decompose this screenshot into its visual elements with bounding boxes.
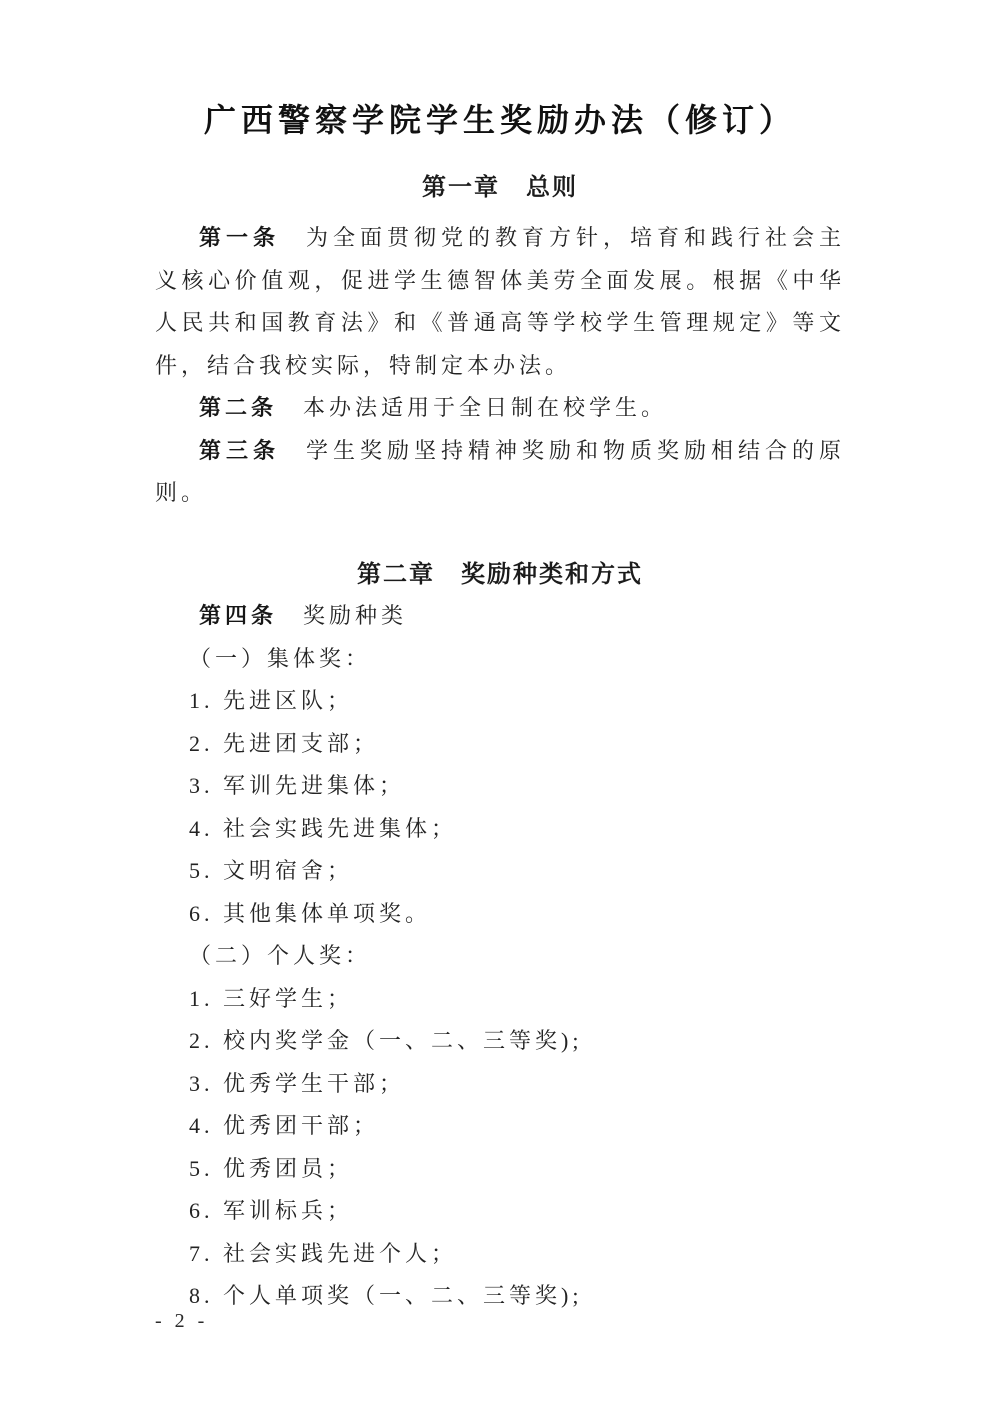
article-3-label: 第三条 (199, 438, 280, 463)
individual-award-group-label: （二）个人奖： (155, 935, 845, 978)
collective-award-item: 1. 先进区队； (155, 680, 845, 723)
individual-award-item: 4. 优秀团干部； (155, 1105, 845, 1148)
article-4-label: 第四条 (199, 603, 277, 628)
collective-award-item: 4. 社会实践先进集体； (155, 808, 845, 851)
individual-award-item: 7. 社会实践先进个人； (155, 1233, 845, 1276)
collective-award-item: 5. 文明宿舍； (155, 850, 845, 893)
collective-award-group-label: （一）集体奖： (155, 638, 845, 681)
article-1-label: 第一条 (199, 225, 280, 250)
collective-award-item: 3. 军训先进集体； (155, 765, 845, 808)
article-1-paragraph: 第一条为全面贯彻党的教育方针，培育和践行社会主义核心价值观，促进学生德智体美劳全… (155, 217, 845, 387)
individual-award-item: 3. 优秀学生干部； (155, 1063, 845, 1106)
document-content: 广西警察学院学生奖励办法（修订） 第一章 总则 第一条为全面贯彻党的教育方针，培… (155, 0, 845, 1318)
document-title: 广西警察学院学生奖励办法（修订） (155, 100, 845, 142)
individual-award-item: 2. 校内奖学金（一、二、三等奖); (155, 1020, 845, 1063)
article-4-paragraph: 第四条奖励种类 (155, 595, 845, 638)
individual-award-item: 5. 优秀团员； (155, 1148, 845, 1191)
collective-award-item: 2. 先进团支部； (155, 723, 845, 766)
chapter-2-heading: 第二章 奖励种类和方式 (155, 559, 845, 593)
article-2-label: 第二条 (199, 395, 277, 420)
chapter-1-body: 第一条为全面贯彻党的教育方针，培育和践行社会主义核心价值观，促进学生德智体美劳全… (155, 217, 845, 515)
article-4-text: 奖励种类 (303, 603, 407, 628)
chapter-1-heading: 第一章 总则 (155, 172, 845, 206)
chapter-2-body: 第四条奖励种类 （一）集体奖： 1. 先进区队； 2. 先进团支部； 3. 军训… (155, 595, 845, 1318)
document-page: 广西警察学院学生奖励办法（修订） 第一章 总则 第一条为全面贯彻党的教育方针，培… (0, 0, 1000, 1415)
article-2-text: 本办法适用于全日制在校学生。 (303, 395, 667, 420)
individual-award-item: 1. 三好学生； (155, 978, 845, 1021)
individual-award-item: 8. 个人单项奖（一、二、三等奖); (155, 1275, 845, 1318)
article-3-paragraph: 第三条学生奖励坚持精神奖励和物质奖励相结合的原则。 (155, 430, 845, 515)
collective-award-item: 6. 其他集体单项奖。 (155, 893, 845, 936)
article-2-paragraph: 第二条本办法适用于全日制在校学生。 (155, 387, 845, 430)
individual-award-item: 6. 军训标兵； (155, 1190, 845, 1233)
page-number: - 2 - (155, 1310, 208, 1333)
